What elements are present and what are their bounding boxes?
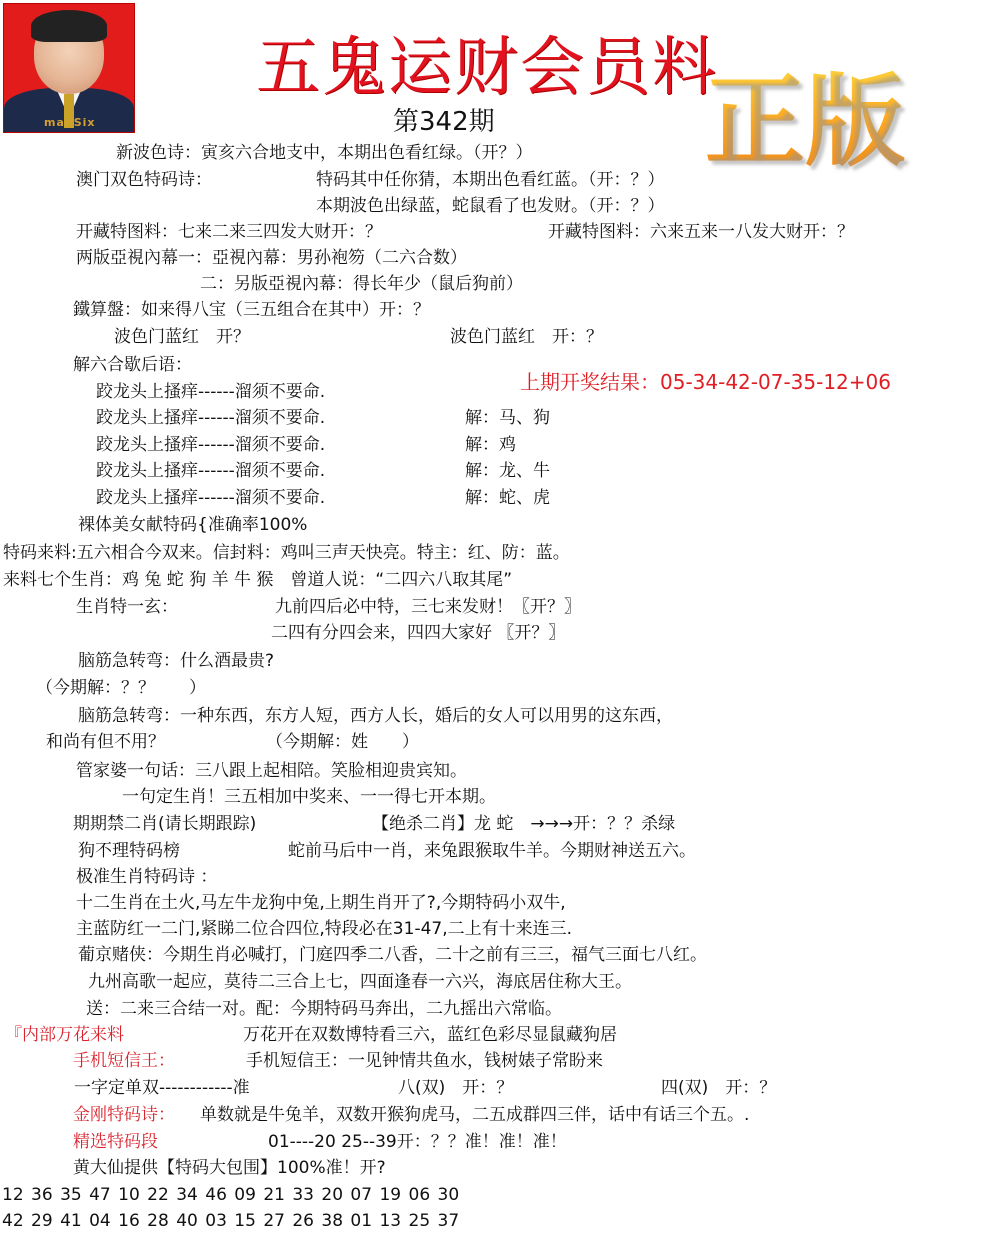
photo-logo: manSix — [44, 116, 96, 129]
sms-king-text: 手机短信王：一见钟情共鱼水，钱树婊子常盼来 — [246, 1050, 603, 1072]
portrait-photo: manSix — [3, 3, 135, 133]
atv-insider-2: 二：另版亞視內幕：得长年少（鼠后狗前） — [200, 273, 523, 295]
kill-two-zodiacs: 【绝杀二肖】龙 蛇 →→→开：？？杀绿 — [372, 813, 675, 835]
precise-poem-line2: 主蓝防红一二门,紧睇二位合四位,特段必在31-47,二上有十来连三. — [76, 918, 572, 940]
seven-zodiacs: 来料七个生肖：鸡 兔 蛇 狗 羊 牛 猴 曾道人说：“二四六八取其尾” — [3, 569, 512, 591]
riddle-answer: 解：龙、牛 — [465, 460, 550, 482]
macau-poem-line2: 本期波色出绿蓝，蛇鼠看了也发财。（开：？） — [316, 195, 665, 217]
casino-hero-line3: 送：二来三合结一对。配：今期特码马奔出，二九摇出六常临。 — [86, 998, 562, 1020]
brain-teaser-2-answer: （今期解：姓 ） — [266, 731, 419, 753]
page-title: 五鬼运财会员料 — [256, 30, 718, 106]
wong-tai-sin-line: 黄大仙提供【特码大包围】100%准！开? — [73, 1157, 386, 1179]
accuracy-line: 裸体美女献特码{准确率100% — [78, 514, 307, 536]
sms-king-label: 手机短信王： — [73, 1050, 175, 1072]
diamond-poem-text: 单数就是牛兔羊，双数开猴狗虎马，二五成群四三伴，话中有话三个五。. — [200, 1104, 749, 1126]
banned-zodiacs-label: 期期禁二肖(请长期跟踪) — [73, 813, 256, 835]
brain-teaser-2-cont: 和尚有但不用？ — [46, 731, 165, 753]
casino-hero-line2: 九州高歌一起应，莫待二三合上七，四面逢春一六兴，海底居住称大王。 — [88, 971, 632, 993]
portrait-hair — [31, 10, 107, 42]
riddle-answer: 解：鸡 — [465, 434, 516, 456]
iron-abacus: 鐵算盤：如来得八宝（三五组合在其中）开：？ — [73, 299, 430, 321]
wave-gate-right: 波色门蓝红 开：？ — [450, 326, 603, 348]
diamond-poem-label: 金刚特码诗： — [73, 1104, 175, 1126]
housekeeper-saying: 管家婆一句话：三八跟上起相陪。笑脸相迎贵宾知。 — [76, 760, 467, 782]
hidden-chart-left: 开藏特图料：七来二来三四发大财开：？ — [76, 221, 382, 243]
selected-range-text: 01----20 25--39开：？？准！准！准！ — [268, 1131, 567, 1153]
zodiac-mystery-label: 生肖特一玄： — [76, 596, 178, 618]
macau-poem-line1: 特码其中任你猜，本期出色看红蓝。（开：？） — [316, 169, 665, 191]
brain-teaser-1-answer: （今期解：？？ ） — [36, 677, 206, 699]
selected-range-label: 精选特码段 — [73, 1131, 158, 1153]
riddle-line: 跤龙头上搔痒------溜须不要命. — [96, 487, 325, 509]
special-code-source: 特码来料:五六相合今双来。信封料：鸡叫三声天快亮。特主：红、防：蓝。 — [3, 542, 570, 564]
number-row-1: 12 36 35 47 10 22 34 46 09 21 33 20 07 1… — [2, 1184, 459, 1206]
hidden-chart-right: 开藏特图料：六来五来一八发大财开：？ — [548, 221, 854, 243]
brain-teaser-2: 脑筋急转弯：一种东西，东方人短，西方人长，婚后的女人可以用男的这东西， — [78, 705, 673, 727]
riddle-line: 跤龙头上搔痒------溜须不要命. — [96, 434, 325, 456]
issue-number: 第342期 — [393, 106, 495, 138]
precise-poem-heading: 极准生肖特码诗 ： — [76, 866, 217, 888]
riddle-heading: 解六合歇后语： — [73, 354, 192, 376]
riddle-line: 跤龙头上搔痒------溜须不要命. — [96, 407, 325, 429]
last-draw-result: 上期开奖结果：05-34-42-07-35-12+06 — [520, 370, 891, 394]
goubuli-text: 蛇前马后中一肖，来兔跟猴取牛羊。今期财神送五六。 — [288, 840, 696, 862]
casino-hero-line1: 葡京赌侠：今期生肖必喊打，门庭四季二八香，二十之前有三三，福气三面七八红。 — [78, 944, 707, 966]
number-row-2: 42 29 41 04 16 28 40 03 15 27 26 38 01 1… — [2, 1210, 459, 1232]
precise-poem-line1: 十二生肖在土火,马左牛龙狗中兔,上期生肖开了?,今期特码小双牛, — [76, 892, 566, 914]
wave-color-poem: 新波色诗：寅亥六合地支中，本期出色看红绿。（开？） — [116, 142, 533, 164]
riddle-answer: 解：马、狗 — [465, 407, 550, 429]
one-line-zodiac: 一句定生肖！三五相加中奖来、一一得七开本期。 — [122, 786, 496, 808]
atv-insider-1: 两版亞視內幕一：亞視內幕：男孙袍笏（二六合数） — [76, 247, 467, 269]
odd-even-label: 一字定单双------------准 — [74, 1077, 250, 1099]
wave-gate-left: 波色门蓝红 开？ — [114, 326, 250, 348]
riddle-answer: 解：蛇、虎 — [465, 487, 550, 509]
riddle-line: 跤龙头上搔痒------溜须不要命. — [96, 381, 325, 403]
brain-teaser-1: 脑筋急转弯：什么酒最贵? — [78, 650, 274, 672]
macau-poem-label: 澳门双色特码诗： — [76, 169, 212, 191]
odd-even-pick-2: 四(双) 开：？ — [661, 1077, 776, 1099]
riddle-line: 跤龙头上搔痒------溜须不要命. — [96, 460, 325, 482]
authentic-stamp: 正版 — [705, 66, 905, 176]
zodiac-mystery-line2: 二四有分四会来，四四大家好 〖开？〗 — [271, 622, 565, 644]
odd-even-pick-1: 八(双) 开：？ — [398, 1077, 513, 1099]
inner-wanhua-text: 万花开在双数博特看三六，蓝红色彩尽显鼠藏狗居 — [243, 1024, 617, 1046]
goubuli-label: 狗不理特码榜 — [78, 840, 180, 862]
inner-wanhua-label: 『内部万花来料 — [5, 1024, 124, 1046]
zodiac-mystery-line1: 九前四后必中特，三七来发财！〖开？〗 — [275, 596, 581, 618]
